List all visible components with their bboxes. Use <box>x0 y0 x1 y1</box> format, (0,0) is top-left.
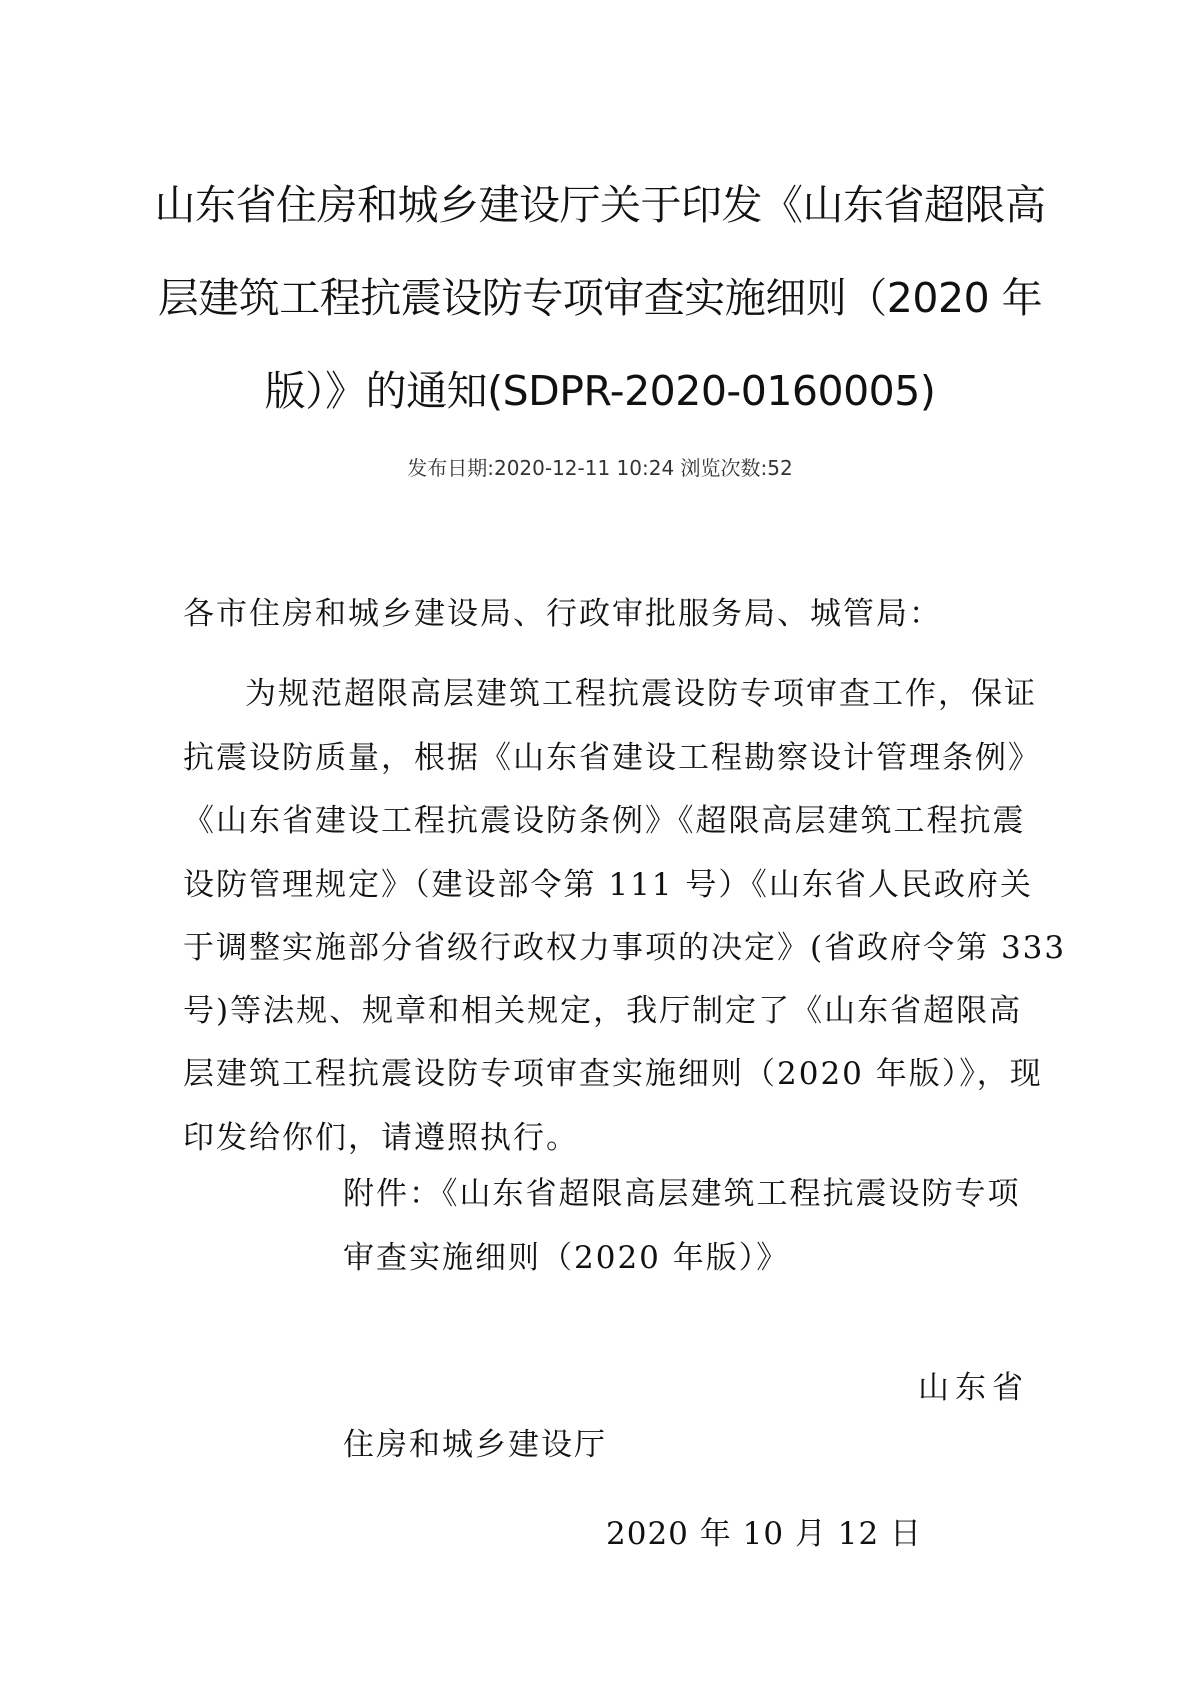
paragraph-line: 于调整实施部分省级行政权力事项的决定》(省政府令第 333 <box>183 922 1017 967</box>
paragraph-line: 层建筑工程抗震设防专项审查实施细则（2020 年版）》，现 <box>183 1048 1017 1093</box>
paragraph-line: 抗震设防质量，根据《山东省建设工程勘察设计管理条例》 <box>183 732 1017 777</box>
signature-date: 2020 年 10 月 12 日 <box>606 1508 1006 1553</box>
document-title-line-3: 版）》的通知(SDPR-2020-0160005) <box>0 358 1200 417</box>
attachment-line-2: 审查实施细则（2020 年版）》 <box>343 1232 1017 1277</box>
signature-org-line-1: 山东省 <box>918 1362 1028 1407</box>
paragraph-line: 为规范超限高层建筑工程抗震设防专项审查工作，保证 <box>245 668 1017 713</box>
document-title-line-1: 山东省住房和城乡建设厅关于印发《山东省超限高 <box>0 172 1200 231</box>
greeting: 各市住房和城乡建设局、行政审批服务局、城管局： <box>183 588 1017 633</box>
document-title-line-2: 层建筑工程抗震设防专项审查实施细则（2020 年 <box>0 265 1200 324</box>
paragraph-line: 号)等法规、规章和相关规定，我厅制定了《山东省超限高 <box>183 985 1017 1030</box>
paragraph-line: 《山东省建设工程抗震设防条例》《超限高层建筑工程抗震 <box>183 795 1017 840</box>
publish-meta: 发布日期:2020-12-11 10:24 浏览次数:52 <box>0 452 1200 481</box>
signature-org-line-2: 住房和城乡建设厅 <box>343 1419 743 1464</box>
paragraph-line: 印发给你们，请遵照执行。 <box>183 1112 1017 1157</box>
attachment-line-1: 附件：《山东省超限高层建筑工程抗震设防专项 <box>343 1168 1017 1213</box>
paragraph-line: 设防管理规定》（建设部令第 111 号）《山东省人民政府关 <box>183 859 1017 904</box>
